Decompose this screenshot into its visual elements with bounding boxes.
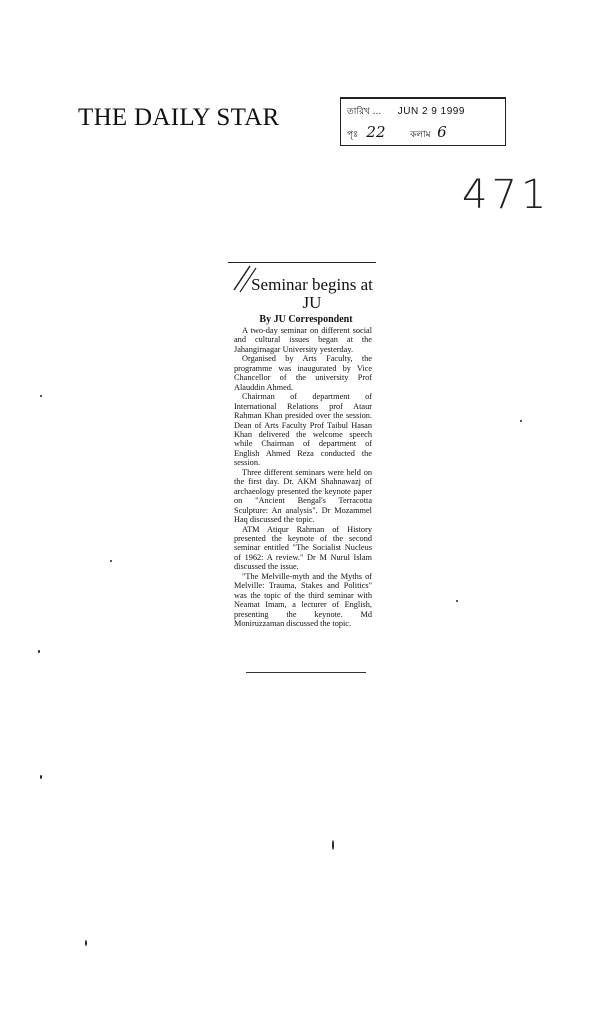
article-headline: Seminar begins at JU	[248, 276, 376, 312]
stamp-date-row: তারিখ ... JUN 2 9 1999	[347, 104, 465, 119]
scan-speck	[110, 560, 112, 562]
scan-speck	[40, 395, 42, 397]
stamp-page-row: পৃঃ 22 কলাম 6	[347, 123, 447, 142]
stamp-date-label: তারিখ ...	[347, 107, 381, 117]
handwritten-page-number: 471	[462, 172, 550, 218]
date-stamp: তারিখ ... JUN 2 9 1999 পৃঃ 22 কলাম 6	[340, 97, 506, 146]
article-paragraph: Chairman of department of International …	[234, 392, 372, 468]
scan-speck	[85, 940, 87, 946]
article-paragraph: Three different seminars were held on th…	[234, 468, 372, 525]
scan-speck	[332, 840, 334, 850]
stamp-column-label: কলাম	[410, 130, 431, 140]
scan-speck	[456, 600, 458, 602]
article-byline: By JU Correspondent	[238, 314, 374, 325]
stamp-page-value: 22	[366, 123, 385, 141]
article-paragraph: Organised by Arts Faculty, the programme…	[234, 354, 372, 392]
article-paragraph: A two-day seminar on different social an…	[234, 326, 372, 354]
article-body: A two-day seminar on different social an…	[234, 326, 372, 629]
scan-speck	[40, 775, 42, 779]
stamp-date: JUN 2 9 1999	[398, 106, 465, 117]
newspaper-masthead: THE DAILY STAR	[78, 104, 280, 132]
article-paragraph: ATM Atiqur Rahman of History presented t…	[234, 525, 372, 572]
stamp-column-value: 6	[437, 123, 447, 141]
clipping-top-border	[228, 262, 376, 263]
clipping-bottom-border	[246, 672, 366, 673]
stamp-page-label: পৃঃ	[347, 130, 358, 140]
scan-speck	[520, 420, 522, 422]
scan-speck	[38, 650, 40, 653]
article-clipping: Seminar begins at JU By JU Correspondent…	[228, 262, 376, 682]
article-paragraph: "The Melville-myth and the Myths of Melv…	[234, 572, 372, 629]
